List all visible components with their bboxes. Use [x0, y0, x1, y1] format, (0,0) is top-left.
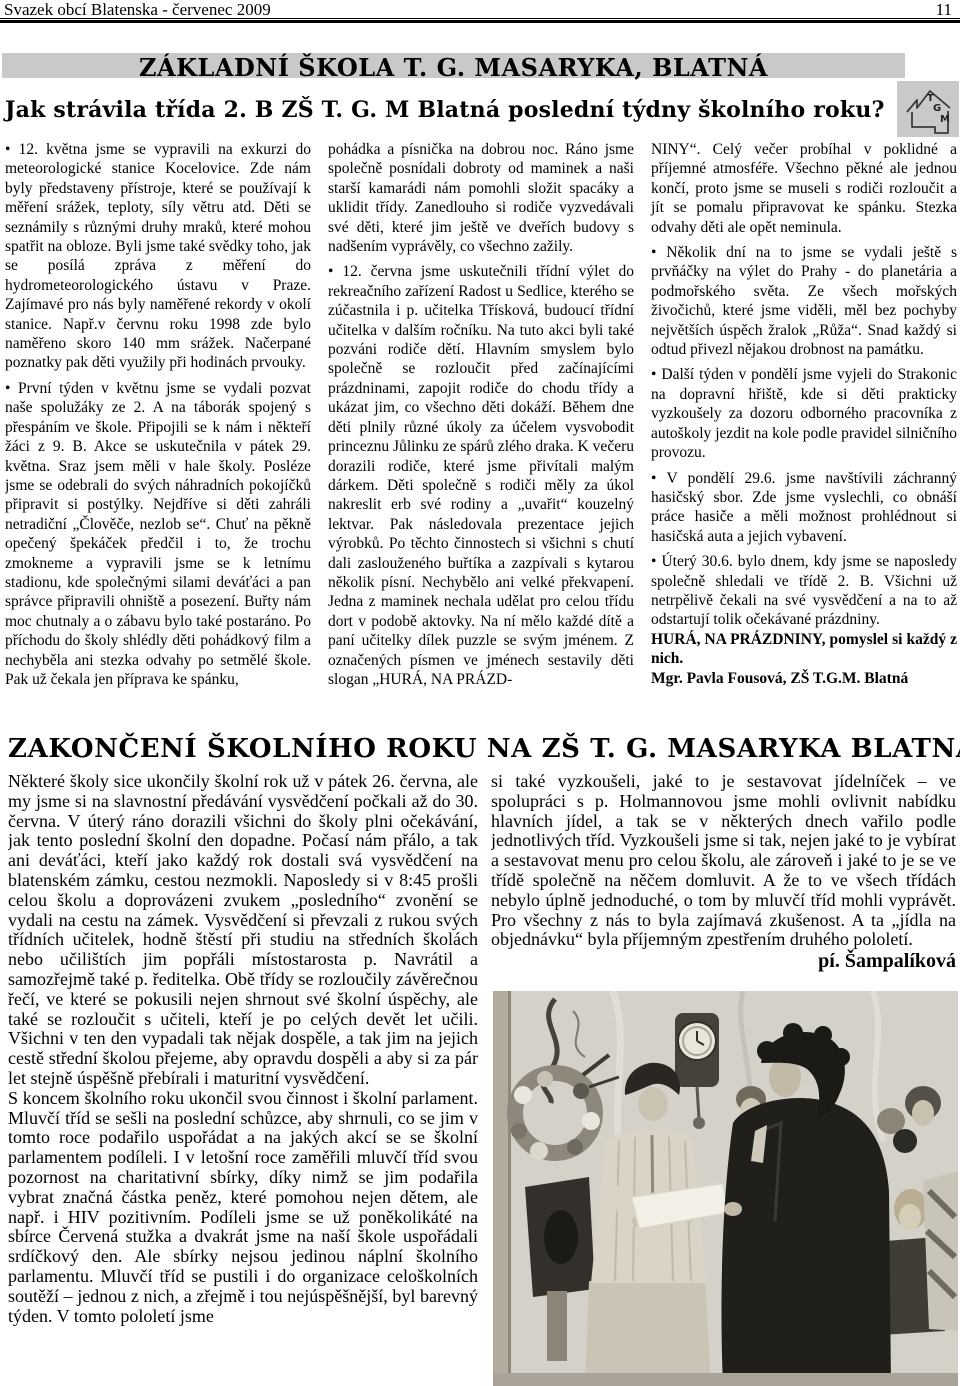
masthead: Svazek obcí Blatenska - červenec 2009 11	[4, 1, 952, 18]
masthead-thick-rule	[0, 20, 960, 23]
article1-signature: Mgr. Pavla Fousová, ZŠ T.G.M. Blatná	[651, 669, 957, 688]
article2-byline: pí. Šampalíková	[491, 950, 956, 972]
logo-letter-m: M	[940, 114, 950, 125]
paragraph: • První týden v květnu jsme se vydali po…	[5, 379, 311, 690]
closing-slogan: HURÁ, NA PRÁZDNINY, pomyslel si každý z …	[651, 630, 957, 669]
paragraph: • Úterý 30.6. bylo dnem, kdy jsme se nap…	[651, 552, 957, 630]
article1-columns: • 12. května jsme se vypravili na exkurz…	[5, 140, 957, 738]
graduation-photo	[493, 991, 958, 1386]
newspaper-page: Svazek obcí Blatenska - červenec 2009 11…	[0, 0, 960, 1386]
paragraph: • V pondělí 29.6. jsme navštívili záchra…	[651, 469, 957, 547]
paragraph: Některé školy sice ukončily školní rok u…	[8, 772, 478, 1089]
article1-subtitle: Jak strávila třída 2. B ZŠ T. G. M Blatn…	[5, 98, 885, 122]
article1-title: ZÁKLADNÍ ŠKOLA T. G. MASARYKA, BLATNÁ	[2, 55, 905, 81]
paragraph: • 12. května jsme se vypravili na exkurz…	[5, 140, 311, 373]
school-logo: T G M	[897, 81, 959, 137]
photo-frame	[493, 991, 958, 1386]
masthead-thin-rule	[0, 18, 960, 19]
article2-column-1: Některé školy sice ukončily školní rok u…	[8, 772, 478, 1386]
article2-title: ZAKONČENÍ ŠKOLNÍHO ROKU NA ZŠ T. G. MASA…	[8, 735, 960, 763]
paragraph: NINY“. Celý večer probíhal v poklidné a …	[651, 140, 957, 237]
paragraph: • 12. června jsme uskutečnili třídní výl…	[328, 262, 634, 689]
page-number: 11	[936, 1, 952, 18]
house-icon	[897, 81, 959, 137]
paragraph: • Několik dní na to jsme se vydali ještě…	[651, 243, 957, 359]
paragraph: • Další týden v pondělí jsme vyjeli do S…	[651, 365, 957, 462]
logo-letter-g: G	[933, 103, 941, 114]
newsletter-title: Svazek obcí Blatenska - červenec 2009	[4, 1, 271, 18]
article1-column-3: NINY“. Celý večer probíhal v poklidné a …	[651, 140, 957, 738]
paragraph: pohádka a písnička na dobrou noc. Ráno j…	[328, 140, 634, 256]
article1-column-1: • 12. května jsme se vypravili na exkurz…	[5, 140, 311, 738]
paragraph: si také vyzkoušeli, jaké to je sestavova…	[491, 772, 956, 950]
article1-column-2: pohádka a písnička na dobrou noc. Ráno j…	[328, 140, 634, 738]
paragraph: S koncem školního roku ukončil svou činn…	[8, 1089, 478, 1327]
